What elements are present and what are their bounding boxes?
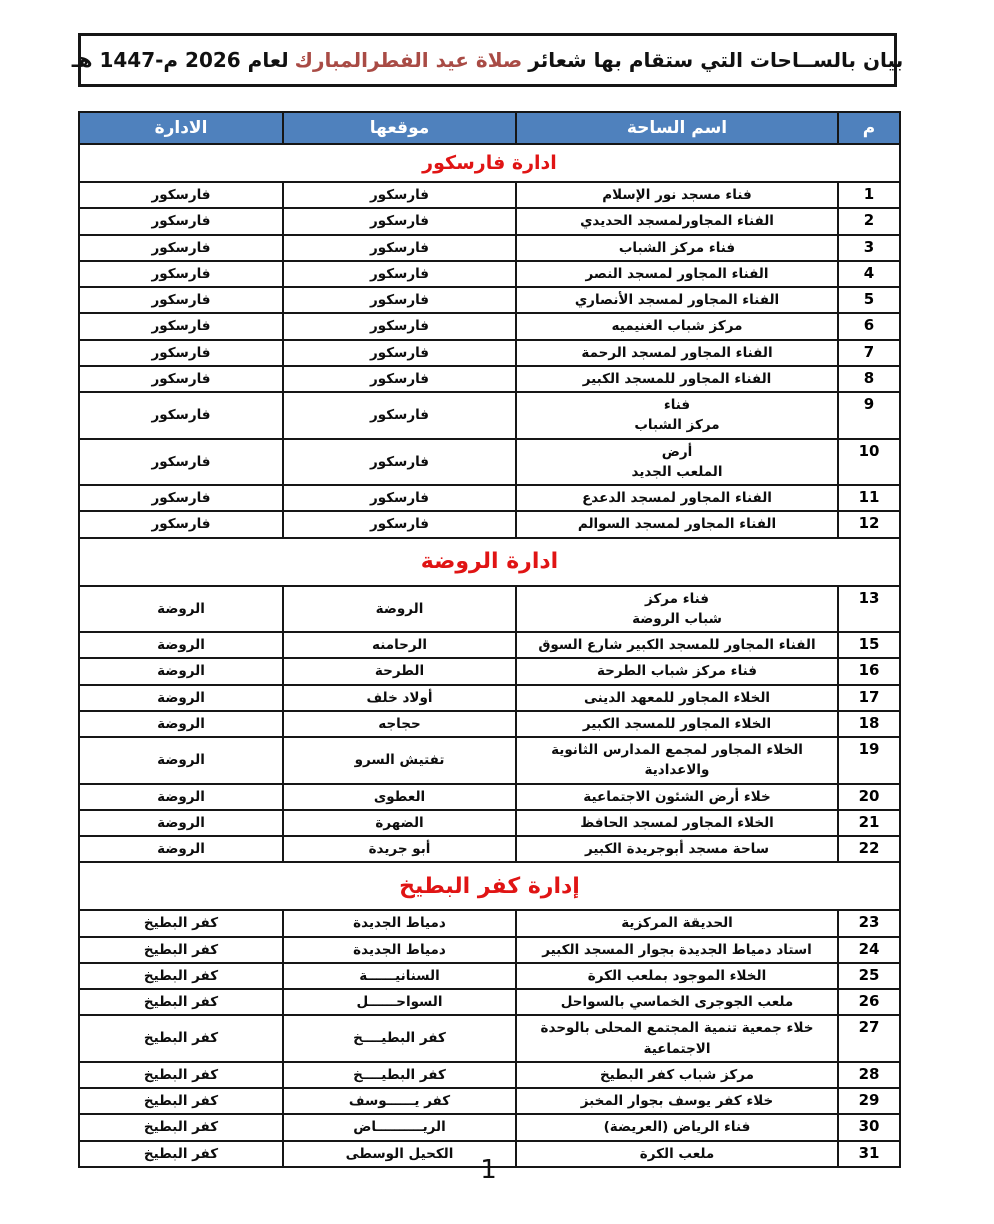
cell-number: 6 — [838, 313, 900, 339]
cell-number: 4 — [838, 261, 900, 287]
section-title: ادارة الروضة — [79, 538, 900, 586]
table-row: 28 مركز شباب كفر البطيخ كفر البطيــــخ ك… — [79, 1062, 900, 1088]
cell-square-name: الفناء المجاور لمسجد الأنصاري — [516, 287, 838, 313]
cell-admin: فارسكور — [79, 313, 283, 339]
cell-number: 29 — [838, 1088, 900, 1114]
table-row: 29 خلاء كفر يوسف بجوار المخبز كفر يـــــ… — [79, 1088, 900, 1114]
table-row: 24 استاد دمياط الجديدة بجوار المسجد الكب… — [79, 937, 900, 963]
section-title: إدارة كفر البطيخ — [79, 862, 900, 910]
table-row: 9 فناء مركز الشباب فارسكور فارسكور — [79, 392, 900, 439]
cell-location: فارسكور — [283, 340, 516, 366]
cell-admin: كفر البطيخ — [79, 963, 283, 989]
cell-location: العطوى — [283, 784, 516, 810]
cell-square-name: فناء مركز شباب الروضة — [516, 586, 838, 633]
cell-location: فارسكور — [283, 208, 516, 234]
cell-square-name: الفناء المجاور للمسجد الكبير شارع السوق — [516, 632, 838, 658]
cell-admin: الروضة — [79, 737, 283, 784]
cell-number: 1 — [838, 182, 900, 208]
cell-square-name: الخلاء الموجود بملعب الكرة — [516, 963, 838, 989]
cell-admin: الروضة — [79, 810, 283, 836]
cell-number: 30 — [838, 1114, 900, 1140]
section-header-row: ادارة فارسكور — [79, 144, 900, 182]
table-row: 12 الفناء المجاور لمسجد السوالم فارسكور … — [79, 511, 900, 537]
cell-number: 3 — [838, 235, 900, 261]
cell-number: 17 — [838, 685, 900, 711]
table-row: 16 فناء مركز شباب الطرحة الطرحة الروضة — [79, 658, 900, 684]
cell-square-name: الفناء المجاور للمسجد الكبير — [516, 366, 838, 392]
table-row: 30 فناء الرياض (العريضة) الريــــــــــا… — [79, 1114, 900, 1140]
cell-square-name: فناء مركز شباب الطرحة — [516, 658, 838, 684]
cell-location: دمياط الجديدة — [283, 910, 516, 936]
table-row: 11 الفناء المجاور لمسجد الدعدع فارسكور ف… — [79, 485, 900, 511]
table-row: 2 الفناء المجاورلمسجد الحديدي فارسكور فا… — [79, 208, 900, 234]
cell-square-name: خلاء كفر يوسف بجوار المخبز — [516, 1088, 838, 1114]
cell-number: 23 — [838, 910, 900, 936]
cell-location: أولاد خلف — [283, 685, 516, 711]
cell-square-name: مركز شباب كفر البطيخ — [516, 1062, 838, 1088]
cell-admin: فارسكور — [79, 235, 283, 261]
cell-admin: الروضة — [79, 658, 283, 684]
cell-number: 13 — [838, 586, 900, 633]
cell-square-name: الخلاء المجاور للمعهد الدينى — [516, 685, 838, 711]
cell-location: فارسكور — [283, 261, 516, 287]
cell-square-name: الخلاء المجاور لمجمع المدارس الثانوية وا… — [516, 737, 838, 784]
cell-number: 20 — [838, 784, 900, 810]
cell-number: 25 — [838, 963, 900, 989]
cell-square-name: خلاء أرض الشئون الاجتماعية — [516, 784, 838, 810]
table-row: 20 خلاء أرض الشئون الاجتماعية العطوى الر… — [79, 784, 900, 810]
cell-number: 11 — [838, 485, 900, 511]
page-number: 1 — [78, 1155, 899, 1185]
cell-location: تفتيش السرو — [283, 737, 516, 784]
cell-number: 26 — [838, 989, 900, 1015]
cell-square-name: استاد دمياط الجديدة بجوار المسجد الكبير — [516, 937, 838, 963]
table-row: 1 فناء مسجد نور الإسلام فارسكور فارسكور — [79, 182, 900, 208]
cell-number: 8 — [838, 366, 900, 392]
cell-location: فارسكور — [283, 366, 516, 392]
cell-admin: كفر البطيخ — [79, 910, 283, 936]
table-row: 13 فناء مركز شباب الروضة الروضة الروضة — [79, 586, 900, 633]
cell-number: 18 — [838, 711, 900, 737]
cell-admin: فارسكور — [79, 485, 283, 511]
cell-location: الريــــــــــاض — [283, 1114, 516, 1140]
cell-admin: فارسكور — [79, 366, 283, 392]
cell-location: فارسكور — [283, 235, 516, 261]
table-row: 10 أرض الملعب الجديد فارسكور فارسكور — [79, 439, 900, 486]
cell-square-name: ساحة مسجد أبوجريدة الكبير — [516, 836, 838, 862]
cell-admin: الروضة — [79, 685, 283, 711]
col-header-number: م — [838, 112, 900, 144]
cell-number: 9 — [838, 392, 900, 439]
cell-number: 27 — [838, 1015, 900, 1062]
cell-admin: الروضة — [79, 711, 283, 737]
cell-location: الرحامنه — [283, 632, 516, 658]
cell-admin: فارسكور — [79, 208, 283, 234]
table-row: 8 الفناء المجاور للمسجد الكبير فارسكور ف… — [79, 366, 900, 392]
cell-square-name: ملعب الجوجرى الخماسي بالسواحل — [516, 989, 838, 1015]
cell-admin: فارسكور — [79, 511, 283, 537]
section-title: ادارة فارسكور — [79, 144, 900, 182]
cell-square-name: أرض الملعب الجديد — [516, 439, 838, 486]
document-page: بيان بالســاحات التي ستقام بها شعائر صلا… — [0, 0, 994, 1224]
table-row: 26 ملعب الجوجرى الخماسي بالسواحل السواحـ… — [79, 989, 900, 1015]
cell-location: كفر البطيــــخ — [283, 1015, 516, 1062]
cell-location: السنانيــــــة — [283, 963, 516, 989]
cell-location: فارسكور — [283, 439, 516, 486]
cell-square-name: خلاء جمعية تنمية المجتمع المحلى بالوحدة … — [516, 1015, 838, 1062]
cell-square-name: فناء مركز الشباب — [516, 235, 838, 261]
cell-admin: الروضة — [79, 784, 283, 810]
cell-admin: كفر البطيخ — [79, 1015, 283, 1062]
table-row: 3 فناء مركز الشباب فارسكور فارسكور — [79, 235, 900, 261]
cell-square-name: فناء مركز الشباب — [516, 392, 838, 439]
cell-number: 21 — [838, 810, 900, 836]
table-row: 19 الخلاء المجاور لمجمع المدارس الثانوية… — [79, 737, 900, 784]
cell-location: فارسكور — [283, 313, 516, 339]
cell-square-name: فناء الرياض (العريضة) — [516, 1114, 838, 1140]
cell-location: حجاجه — [283, 711, 516, 737]
title-prefix: بيان بالســاحات التي ستقام بها شعائر — [528, 48, 903, 72]
cell-square-name: الفناء المجاور لمسجد السوالم — [516, 511, 838, 537]
cell-admin: كفر البطيخ — [79, 989, 283, 1015]
cell-number: 2 — [838, 208, 900, 234]
cell-square-name: الفناء المجاور لمسجد النصر — [516, 261, 838, 287]
cell-admin: فارسكور — [79, 287, 283, 313]
col-header-admin: الادارة — [79, 112, 283, 144]
cell-admin: فارسكور — [79, 340, 283, 366]
cell-admin: الروضة — [79, 632, 283, 658]
cell-location: فارسكور — [283, 511, 516, 537]
cell-admin: الروضة — [79, 586, 283, 633]
cell-admin: الروضة — [79, 836, 283, 862]
cell-location: فارسكور — [283, 392, 516, 439]
table-row: 15 الفناء المجاور للمسجد الكبير شارع الس… — [79, 632, 900, 658]
cell-location: الضهرة — [283, 810, 516, 836]
table-row: 5 الفناء المجاور لمسجد الأنصاري فارسكور … — [79, 287, 900, 313]
cell-number: 10 — [838, 439, 900, 486]
cell-square-name: الفناء المجاورلمسجد الحديدي — [516, 208, 838, 234]
cell-location: الطرحة — [283, 658, 516, 684]
prayer-squares-table: م اسم الساحة موقعها الادارة ادارة فارسكو… — [78, 111, 901, 1168]
section-header-row: إدارة كفر البطيخ — [79, 862, 900, 910]
cell-location: كفر يــــــوسف — [283, 1088, 516, 1114]
cell-square-name: فناء مسجد نور الإسلام — [516, 182, 838, 208]
cell-number: 24 — [838, 937, 900, 963]
cell-admin: فارسكور — [79, 182, 283, 208]
cell-location: دمياط الجديدة — [283, 937, 516, 963]
cell-location: السواحــــــل — [283, 989, 516, 1015]
cell-location: فارسكور — [283, 287, 516, 313]
cell-location: فارسكور — [283, 182, 516, 208]
table-row: 27 خلاء جمعية تنمية المجتمع المحلى بالوح… — [79, 1015, 900, 1062]
cell-admin: كفر البطيخ — [79, 1088, 283, 1114]
cell-number: 28 — [838, 1062, 900, 1088]
cell-location: فارسكور — [283, 485, 516, 511]
title-highlight: صلاة عيد الفطرالمبارك — [295, 48, 523, 72]
cell-location: أبو جريدة — [283, 836, 516, 862]
cell-square-name: الخلاء المجاور للمسجد الكبير — [516, 711, 838, 737]
table-row: 25 الخلاء الموجود بملعب الكرة السنانيـــ… — [79, 963, 900, 989]
cell-square-name: مركز شباب الغنيميه — [516, 313, 838, 339]
cell-number: 19 — [838, 737, 900, 784]
cell-square-name: الفناء المجاور لمسجد الدعدع — [516, 485, 838, 511]
cell-admin: كفر البطيخ — [79, 1114, 283, 1140]
table-row: 21 الخلاء المجاور لمسجد الحافظ الضهرة ال… — [79, 810, 900, 836]
table-row: 23 الحديقة المركزية دمياط الجديدة كفر ال… — [79, 910, 900, 936]
cell-admin: فارسكور — [79, 439, 283, 486]
col-header-location: موقعها — [283, 112, 516, 144]
document-title: بيان بالســاحات التي ستقام بها شعائر صلا… — [78, 33, 897, 87]
table-header-row: م اسم الساحة موقعها الادارة — [79, 112, 900, 144]
cell-number: 22 — [838, 836, 900, 862]
cell-admin: فارسكور — [79, 261, 283, 287]
cell-admin: كفر البطيخ — [79, 1062, 283, 1088]
cell-admin: كفر البطيخ — [79, 937, 283, 963]
cell-number: 15 — [838, 632, 900, 658]
cell-number: 16 — [838, 658, 900, 684]
cell-number: 5 — [838, 287, 900, 313]
col-header-name: اسم الساحة — [516, 112, 838, 144]
cell-number: 12 — [838, 511, 900, 537]
cell-location: الروضة — [283, 586, 516, 633]
table-row: 6 مركز شباب الغنيميه فارسكور فارسكور — [79, 313, 900, 339]
table-row: 7 الفناء المجاور لمسجد الرحمة فارسكور فا… — [79, 340, 900, 366]
title-suffix: لعام 2026 م-1447 هـ — [72, 48, 289, 72]
cell-admin: فارسكور — [79, 392, 283, 439]
section-header-row: ادارة الروضة — [79, 538, 900, 586]
table-row: 18 الخلاء المجاور للمسجد الكبير حجاجه ال… — [79, 711, 900, 737]
cell-location: كفر البطيــــخ — [283, 1062, 516, 1088]
table-row: 22 ساحة مسجد أبوجريدة الكبير أبو جريدة ا… — [79, 836, 900, 862]
table-row: 4 الفناء المجاور لمسجد النصر فارسكور فار… — [79, 261, 900, 287]
cell-square-name: الخلاء المجاور لمسجد الحافظ — [516, 810, 838, 836]
cell-square-name: الفناء المجاور لمسجد الرحمة — [516, 340, 838, 366]
cell-square-name: الحديقة المركزية — [516, 910, 838, 936]
table-row: 17 الخلاء المجاور للمعهد الدينى أولاد خل… — [79, 685, 900, 711]
cell-number: 7 — [838, 340, 900, 366]
